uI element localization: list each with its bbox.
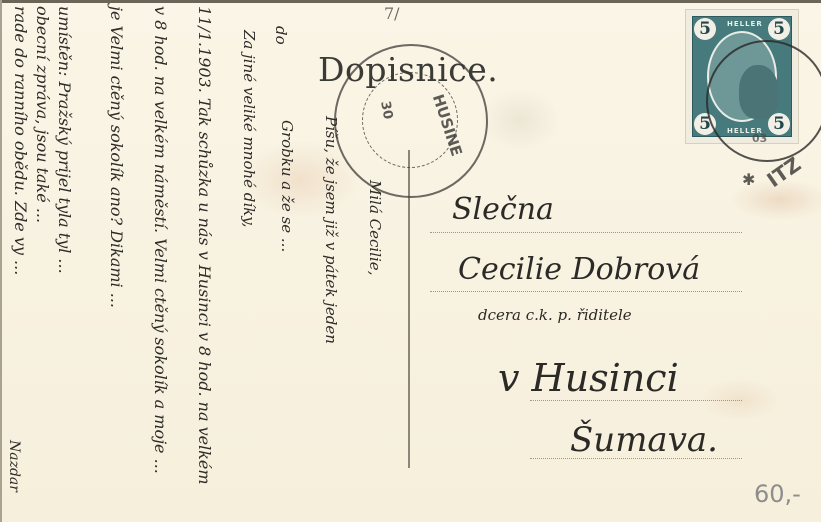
message-column-3: umístěn: Pražský prijel tyla tyl ...	[55, 6, 74, 274]
message-column-10: Píšu, že jsem již v pátek jeden	[322, 116, 340, 344]
stamp-value-tr: 5	[768, 18, 790, 40]
address-line-1	[430, 232, 742, 233]
cancel-date: 03	[752, 132, 767, 145]
scan-edge-left	[0, 0, 2, 522]
address-town: v Husinci	[498, 356, 679, 400]
address-region: Šumava.	[570, 420, 718, 460]
message-signature: Nazdar	[6, 440, 22, 492]
message-greeting: Milá Cecilie,	[366, 180, 384, 275]
stamp-value-tl: 5	[694, 18, 716, 40]
cancel-star-icon: ✱	[742, 170, 755, 189]
message-column-1: rade do ranního obědu. Zde vy ...	[11, 6, 30, 275]
postcard: Dopisnice. HUSINE 30 HELLER HELLER 5 5 5…	[0, 0, 821, 522]
message-column-4: je Velmi ctěný sokolík ano? Dikami ...	[107, 6, 126, 308]
message-column-8: do	[272, 26, 290, 45]
address-title: dcera c.k. p. řiditele	[478, 306, 632, 324]
address-line-3	[530, 400, 742, 401]
stamp-unit-top: HELLER	[727, 20, 763, 28]
postmark-date: 30	[377, 100, 395, 120]
stray-pencil-mark: 7/	[384, 4, 400, 23]
message-column-6: 11/1.1903. Tak schůzka u nás v Husinci v…	[195, 6, 214, 485]
message-column-2: obecní zpráva, jsou také ...	[33, 6, 52, 223]
scan-edge-top	[0, 0, 821, 3]
address-name: Cecilie Dobrová	[458, 252, 700, 287]
address-line-2	[430, 291, 742, 292]
message-column-5: v 8 hod. na velkém náměstí. Velmi ctěný …	[151, 6, 170, 474]
message-column-7: Za jiné veliké mnohé díky,	[240, 30, 258, 228]
pencil-price-note: 60,-	[754, 480, 801, 508]
message-column-9: Grobku a že se ...	[278, 120, 296, 252]
address-salutation: Slečna	[452, 192, 554, 227]
